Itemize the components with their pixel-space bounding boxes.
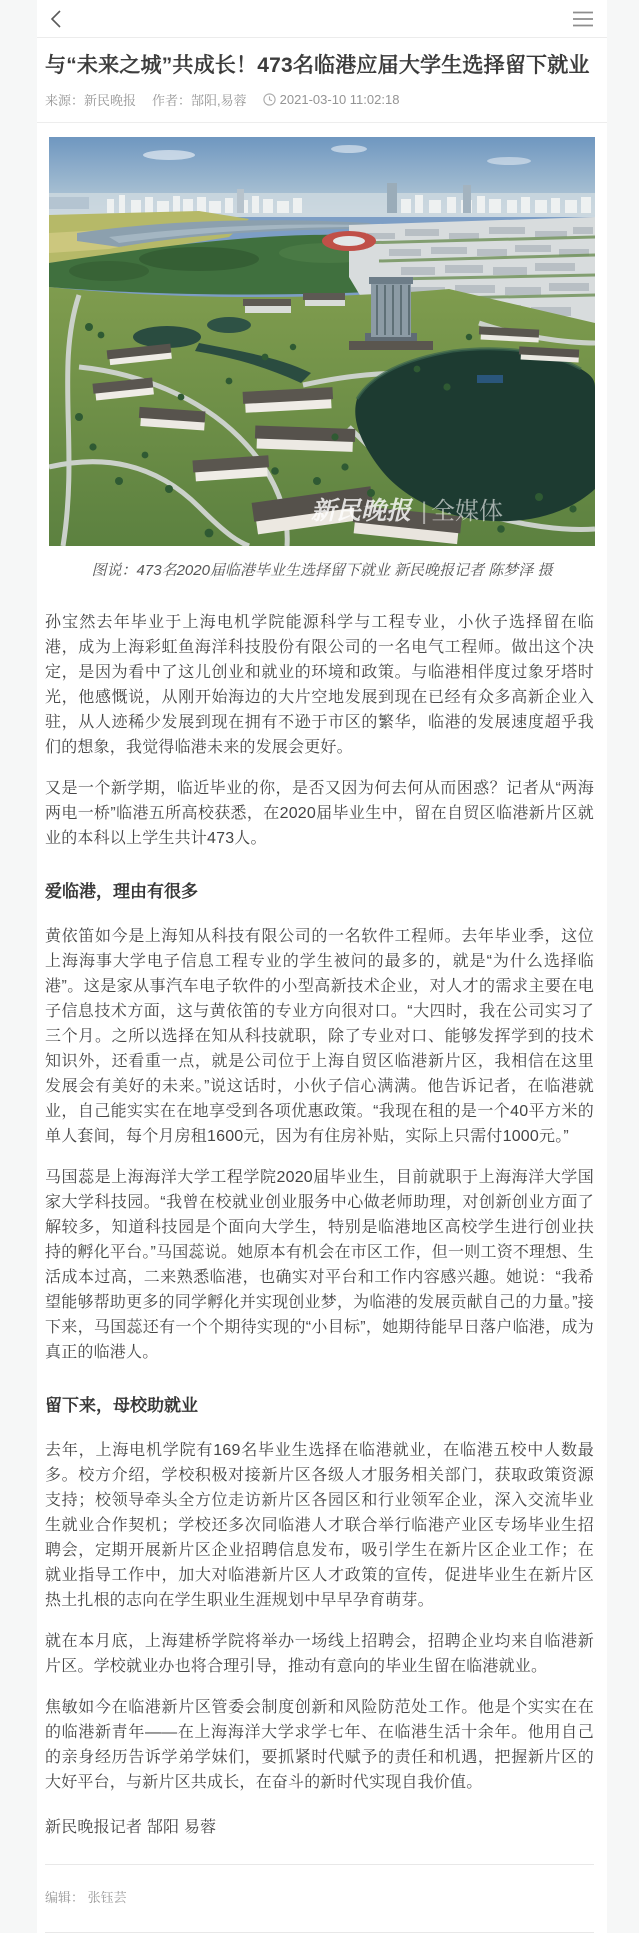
paragraph: 孙宝然去年毕业于上海电机学院能源科学与工程专业，小伙子选择留在临港，成为上海彩虹… [45,610,594,760]
editor-label: 编辑： [45,1890,84,1905]
datetime-value: 2021-03-10 11:02:18 [280,92,400,107]
paragraph: 马国蕊是上海海洋大学工程学院2020届毕业生，目前就职于上海海洋大学国家大学科技… [45,1165,594,1365]
author-value: 郜阳,易蓉 [191,90,247,109]
chevron-left-icon [47,8,65,30]
article-header: 与“未来之城”共成长！473名临港应届大学生选择留下就业 来源： 新民晚报 作者… [37,38,607,122]
paragraph: 就在本月底，上海建桥学院将举办一场线上招聘会，招聘企业均来自临港新片区。学校就业… [45,1629,594,1679]
hero-figure: 新民晚报 | 全媒体 图说：473名2020届临港毕业生选择留下就业 新民晚报记… [49,137,595,581]
article-page-card: 与“未来之城”共成长！473名临港应届大学生选择留下就业 来源： 新民晚报 作者… [37,0,607,1933]
section-heading: 爱临港，理由有很多 [45,877,594,902]
article-meta-row: 来源： 新民晚报 作者： 郜阳,易蓉 2021-03-10 11:02:18 [45,90,594,109]
header-divider [37,122,607,123]
article-title: 与“未来之城”共成长！473名临港应届大学生选择留下就业 [45,52,594,80]
hero-caption: 图说：473名2020届临港毕业生选择留下就业 新民晚报记者 陈梦泽 摄 [49,561,595,581]
photo-watermark-bar: | [421,498,427,525]
reporter-signature: 新民晚报记者 郜阳 易蓉 [45,1815,594,1840]
paragraph: 黄依笛如今是上海知从科技有限公司的一名软件工程师。去年毕业季，这位上海海事大学电… [45,924,594,1149]
clock-icon [263,93,276,106]
author-label: 作者： [152,90,191,109]
paragraph: 又是一个新学期，临近毕业的你，是否又因为何去何从而困惑？记者从“两海两电一桥”临… [45,776,594,851]
photo-watermark-sub: 全媒体 [431,498,503,525]
meta-datetime: 2021-03-10 11:02:18 [263,92,400,107]
meta-source: 来源： 新民晚报 [45,90,136,109]
photo-watermark-main: 新民晚报 [311,497,414,525]
menu-button[interactable] [570,8,596,30]
editor-row: 编辑： 张钰芸 [37,1865,607,1922]
section-heading: 留下来，母校助就业 [45,1391,594,1416]
paragraph: 焦敏如今在临港新片区管委会制度创新和风险防范处工作。他是个实实在在的临港新青年—… [45,1695,594,1795]
hero-image[interactable]: 新民晚报 | 全媒体 [49,137,595,546]
editor-value: 张钰芸 [88,1890,127,1905]
meta-author: 作者： 郜阳,易蓉 [152,90,247,109]
article-body: 孙宝然去年毕业于上海电机学院能源科学与工程专业，小伙子选择留在临港，成为上海彩虹… [37,581,607,1864]
back-button[interactable] [45,6,67,32]
hamburger-icon [572,10,594,28]
source-label: 来源： [45,90,84,109]
source-value: 新民晚报 [84,90,136,109]
top-navigation-bar [37,0,607,38]
paragraph: 去年，上海电机学院有169名毕业生选择在临港就业，在临港五校中人数最多。校方介绍… [45,1438,594,1613]
